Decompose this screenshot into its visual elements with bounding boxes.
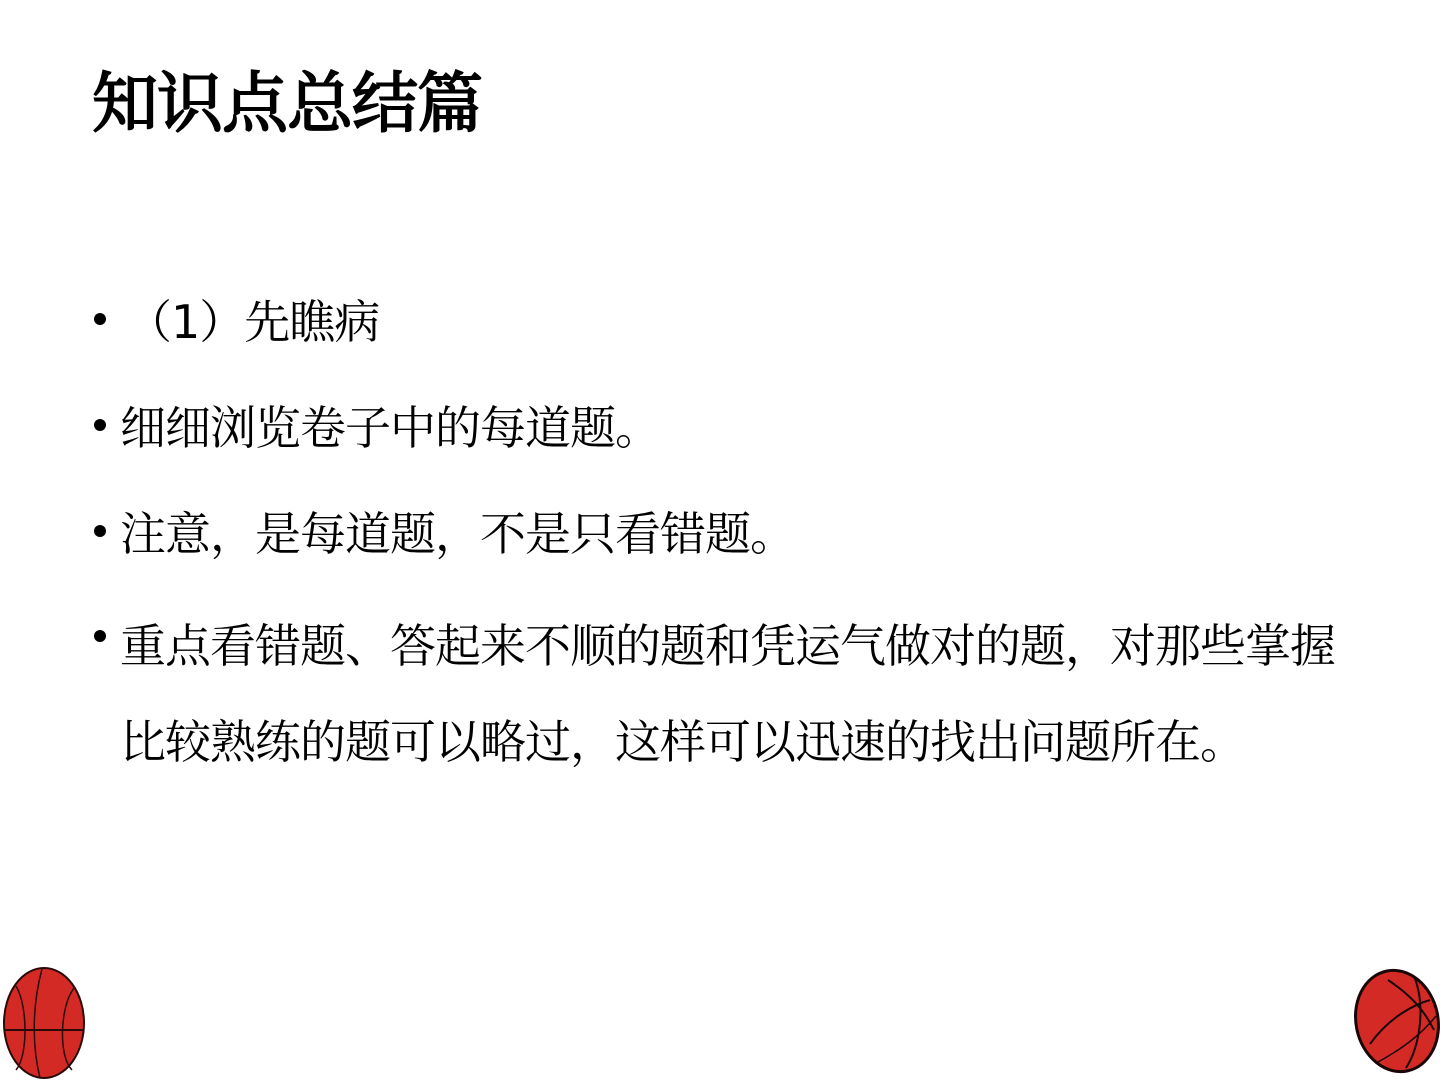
basketball-icon	[1354, 966, 1440, 1076]
bullet-text: 注意，是每道题，不是只看错题。	[120, 507, 795, 561]
bullet-list: （1）先瞧病 细细浏览卷子中的每道题。 注意，是每道题，不是只看错题。 重点看错…	[90, 280, 1360, 812]
bullet-text: （1）先瞧病	[120, 295, 379, 349]
bullet-dot-icon	[94, 525, 106, 537]
bullet-item: 重点看错题、答起来不顺的题和凭运气做对的题，对那些掌握比较熟练的题可以略过，这样…	[90, 598, 1360, 790]
bullet-item: （1）先瞧病	[90, 280, 1360, 364]
bullet-text: 重点看错题、答起来不顺的题和凭运气做对的题，对那些掌握比较熟练的题可以略过，这样…	[120, 619, 1335, 769]
basketball-icon	[2, 966, 86, 1080]
slide-title: 知识点总结篇	[92, 62, 482, 146]
bullet-text: 细细浏览卷子中的每道题。	[120, 401, 660, 455]
bullet-dot-icon	[94, 630, 106, 642]
bullet-item: 细细浏览卷子中的每道题。	[90, 386, 1360, 470]
bullet-item: 注意，是每道题，不是只看错题。	[90, 492, 1360, 576]
bullet-dot-icon	[94, 313, 106, 325]
bullet-dot-icon	[94, 419, 106, 431]
